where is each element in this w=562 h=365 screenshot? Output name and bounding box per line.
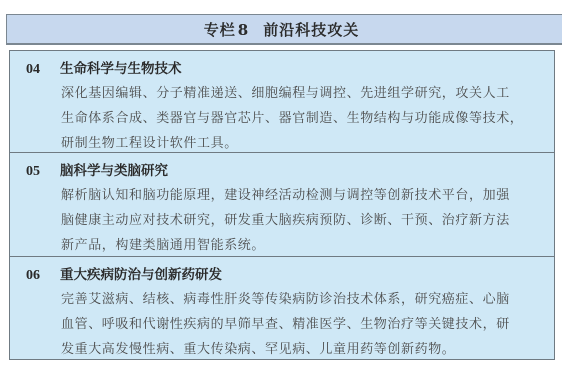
section-heading: 05 脑科学与类脑研究 [26,159,168,180]
section-04: 04 生命科学与生物技术 深化基因编辑、分子精准递送、细胞编程与调控、先进组学研… [10,51,554,153]
column-banner: 专栏8前沿科技攻关 [6,14,562,45]
body-line: 完善艾滋病、结核、病毒性肝炎等传染病防诊治技术体系，研究癌症、心脑 [61,287,541,312]
section-number: 04 [26,62,60,78]
section-06: 06 重大疾病防治与创新药研发 完善艾滋病、结核、病毒性肝炎等传染病防诊治技术体… [10,257,554,359]
section-title: 生命科学与生物技术 [60,57,182,77]
section-heading: 04 生命科学与生物技术 [26,57,182,78]
section-heading: 06 重大疾病防治与创新药研发 [26,263,222,284]
content-box: 04 生命科学与生物技术 深化基因编辑、分子精准递送、细胞编程与调控、先进组学研… [9,50,555,360]
section-body: 解析脑认知和脑功能原理，建设神经活动检测与调控等创新技术平台，加强 脑健康主动应… [61,183,541,258]
column-topic: 前沿科技攻关 [263,21,359,39]
section-05: 05 脑科学与类脑研究 解析脑认知和脑功能原理，建设神经活动检测与调控等创新技术… [10,153,554,257]
column-title: 专栏8前沿科技攻关 [204,19,359,40]
body-line: 脑健康主动应对技术研究，研发重大脑疾病预防、诊断、干预、治疗新方法 [61,208,541,233]
body-line: 新产品，构建类脑通用智能系统。 [61,233,541,258]
body-line: 深化基因编辑、分子精准递送、细胞编程与调控、先进组学研究，攻关人工 [61,81,541,106]
column-number: 8 [238,21,249,39]
body-line: 生命体系合成、类器官与器官芯片、器官制造、生物结构与功能成像等技术， [61,106,541,131]
section-number: 05 [26,164,60,180]
section-title: 脑科学与类脑研究 [60,159,168,179]
body-line: 解析脑认知和脑功能原理，建设神经活动检测与调控等创新技术平台，加强 [61,183,541,208]
body-line: 血管、呼吸和代谢性疾病的早筛早查、精准医学、生物治疗等关键技术，研 [61,312,541,337]
section-body: 深化基因编辑、分子精准递送、细胞编程与调控、先进组学研究，攻关人工 生命体系合成… [61,81,541,156]
section-number: 06 [26,268,60,284]
column-prefix: 专栏 [204,21,236,39]
section-body: 完善艾滋病、结核、病毒性肝炎等传染病防诊治技术体系，研究癌症、心脑 血管、呼吸和… [61,287,541,362]
section-title: 重大疾病防治与创新药研发 [60,263,222,283]
body-line: 发重大高发慢性病、重大传染病、罕见病、儿童用药等创新药物。 [61,337,541,362]
